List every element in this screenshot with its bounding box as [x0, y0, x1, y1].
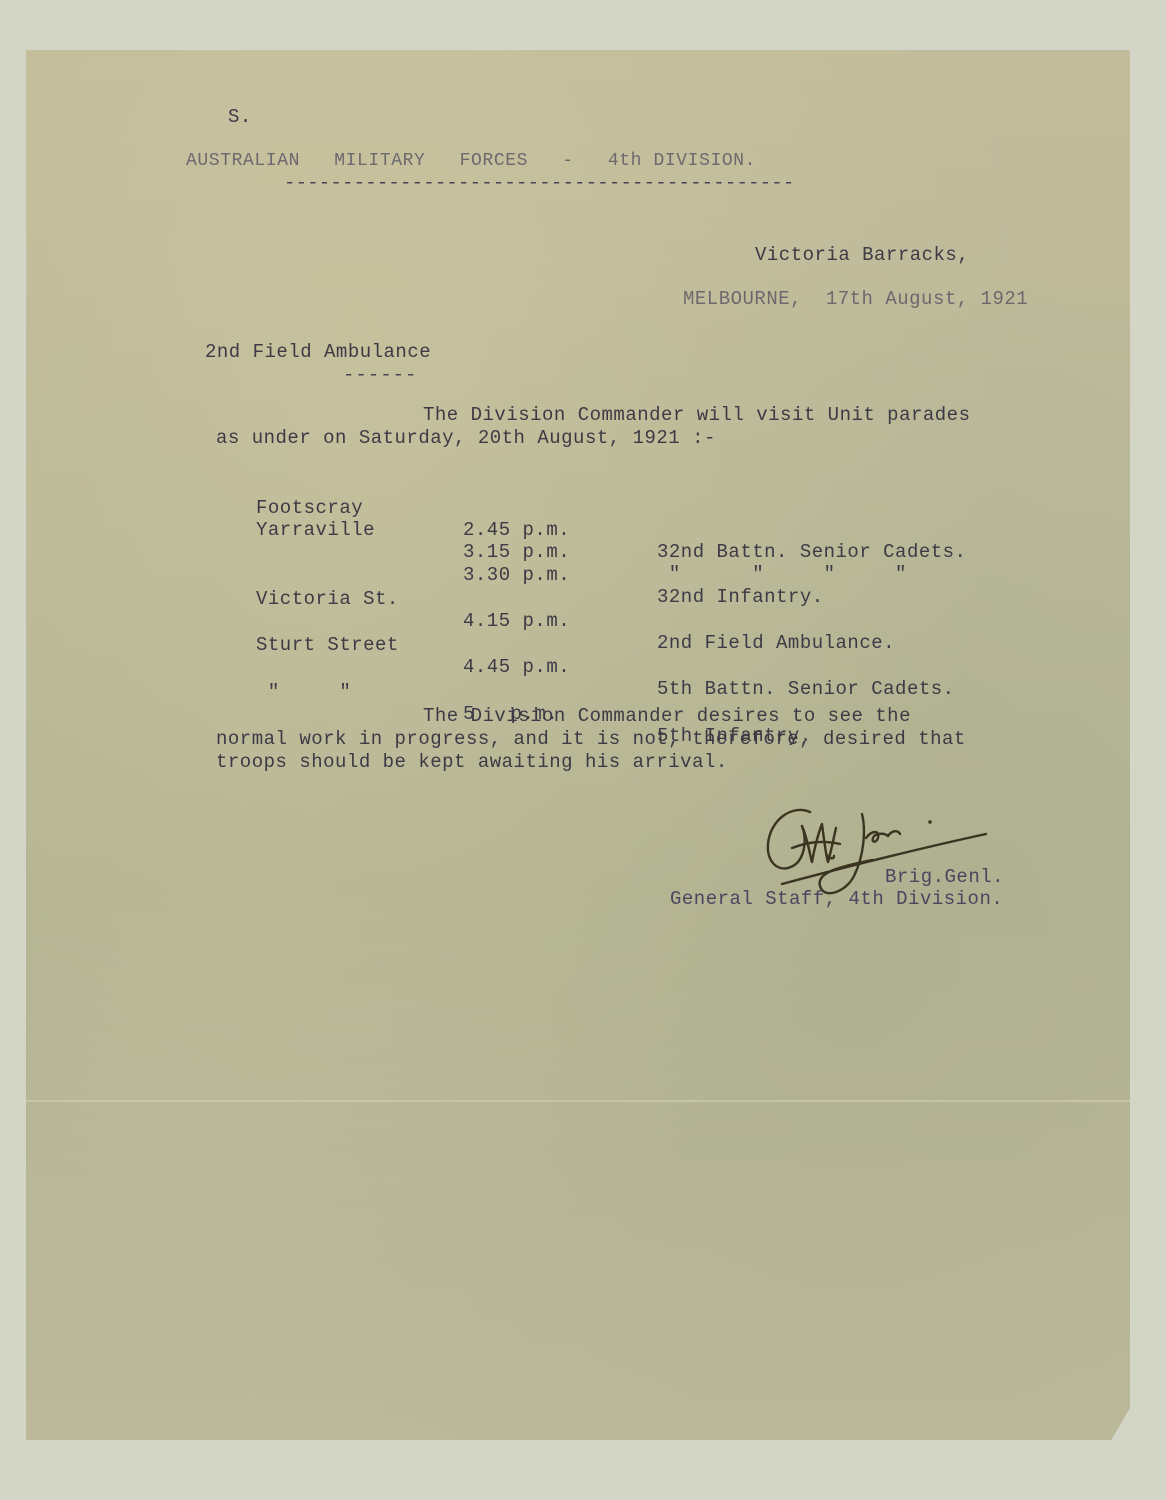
schedule-row: Sturt Street 4.45 p.m. 5th Battn. Senior… — [0, 612, 1166, 634]
schedule-row: Victoria St. 4.15 p.m. 2nd Field Ambulan… — [0, 566, 1166, 588]
signatory-position: General Staff, 4th Division. — [670, 888, 1003, 910]
schedule-unit: 5th Battn. Senior Cadets. — [657, 678, 955, 700]
intro-line-2: as under on Saturday, 20th August, 1921 … — [216, 427, 716, 449]
schedule-place: Victoria St. — [256, 588, 399, 610]
signatory-rank: Brig.Genl. — [885, 866, 1004, 888]
schedule-place: Sturt Street — [256, 634, 399, 656]
addressee: 2nd Field Ambulance — [205, 341, 431, 363]
addressee-underline: ------ — [343, 364, 417, 386]
address-line-2: MELBOURNE, 17th August, 1921 — [683, 288, 1028, 310]
letterhead-title: AUSTRALIAN MILITARY FORCES - 4th DIVISIO… — [186, 150, 756, 172]
schedule-unit: 32nd Infantry. — [657, 586, 824, 608]
schedule-place: " " — [256, 681, 351, 703]
schedule-unit: 2nd Field Ambulance. — [657, 632, 895, 654]
schedule-row: Footscray 2.45 p.m. 32nd Battn. Senior C… — [0, 475, 1166, 497]
file-reference: S. — [228, 106, 252, 128]
closing-line-1: The Division Commander desires to see th… — [423, 705, 911, 727]
schedule-unit: 32nd Battn. Senior Cadets. — [657, 541, 966, 563]
schedule-time: 3.15 p.m. — [463, 541, 570, 563]
closing-line-3: troops should be kept awaiting his arriv… — [216, 751, 728, 773]
schedule-row: " " 5 p.m. 5th Infantry. — [0, 659, 1166, 681]
schedule-row: 3.30 p.m. 32nd Infantry. — [0, 520, 1166, 542]
paper-fold — [26, 1100, 1130, 1102]
schedule-row: Yarraville 3.15 p.m. " " " " — [0, 497, 1166, 519]
intro-line-1: The Division Commander will visit Unit p… — [423, 404, 971, 426]
closing-line-2: normal work in progress, and it is not, … — [216, 728, 966, 750]
letterhead-underline: ----------------------------------------… — [284, 172, 794, 194]
address-line-1: Victoria Barracks, — [755, 244, 969, 266]
